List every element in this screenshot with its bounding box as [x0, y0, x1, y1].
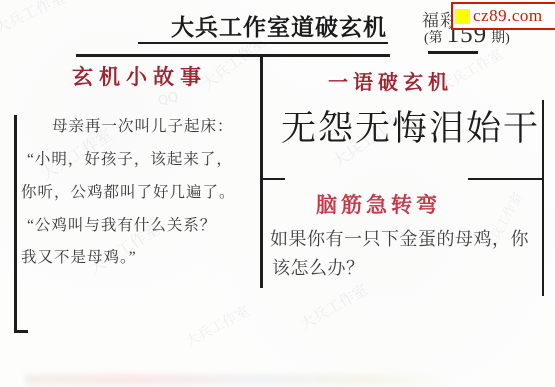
story-line: “小明，好孩子，该起来了， [27, 147, 233, 169]
watermark-text: 大兵工作室 [0, 0, 68, 38]
header-separator-line-right [428, 51, 478, 54]
mystery-phrase: 无怨无悔泪始干 [281, 101, 540, 151]
right-border-line [542, 100, 544, 296]
watermark-text: QQ [156, 90, 180, 110]
watermark-text: 大兵工作室 [296, 279, 371, 335]
story-section-title: 玄机小故事 [72, 61, 207, 91]
phrase-box-bottom-left-tick [261, 178, 285, 180]
logo-text: cz89.com [473, 6, 543, 26]
story-line: “公鸡叫与我有什么关系？ [27, 213, 216, 235]
scanned-sheet: 大兵工作室大兵工作室QQ大兵工作室大兵工作室大兵工作室大兵工作室大兵工作室大兵工… [0, 0, 555, 387]
center-column-divider [260, 55, 263, 288]
issue-prefix: (第 [424, 31, 443, 46]
page-title: 大兵工作室道破玄机 [171, 9, 387, 42]
phrase-section-title: 一语破玄机 [328, 66, 453, 95]
left-border-foot [14, 330, 28, 333]
watermark-text: 大兵工作室 [181, 301, 252, 352]
left-border-line [14, 115, 17, 332]
title-underline [138, 42, 388, 44]
site-logo-badge: cz89.com [451, 2, 555, 30]
header-separator-line [76, 54, 390, 57]
teaser-line: 该怎么办？ [272, 254, 365, 280]
bottom-print-residue [25, 374, 455, 385]
logo-yellow-square-icon [455, 9, 470, 24]
teaser-section-title: 脑筋急转弯 [316, 189, 441, 219]
phrase-box-bottom-right [468, 178, 544, 180]
story-line: 你听，公鸡都叫了好几遍了。 [21, 180, 236, 202]
teaser-line: 如果你有一只下金蛋的母鸡，你 [270, 225, 529, 251]
story-line: 我又不是母鸡。” [21, 245, 137, 267]
story-line: 母亲再一次叫儿子起床： [52, 114, 234, 136]
issue-suffix: 期) [491, 31, 510, 46]
